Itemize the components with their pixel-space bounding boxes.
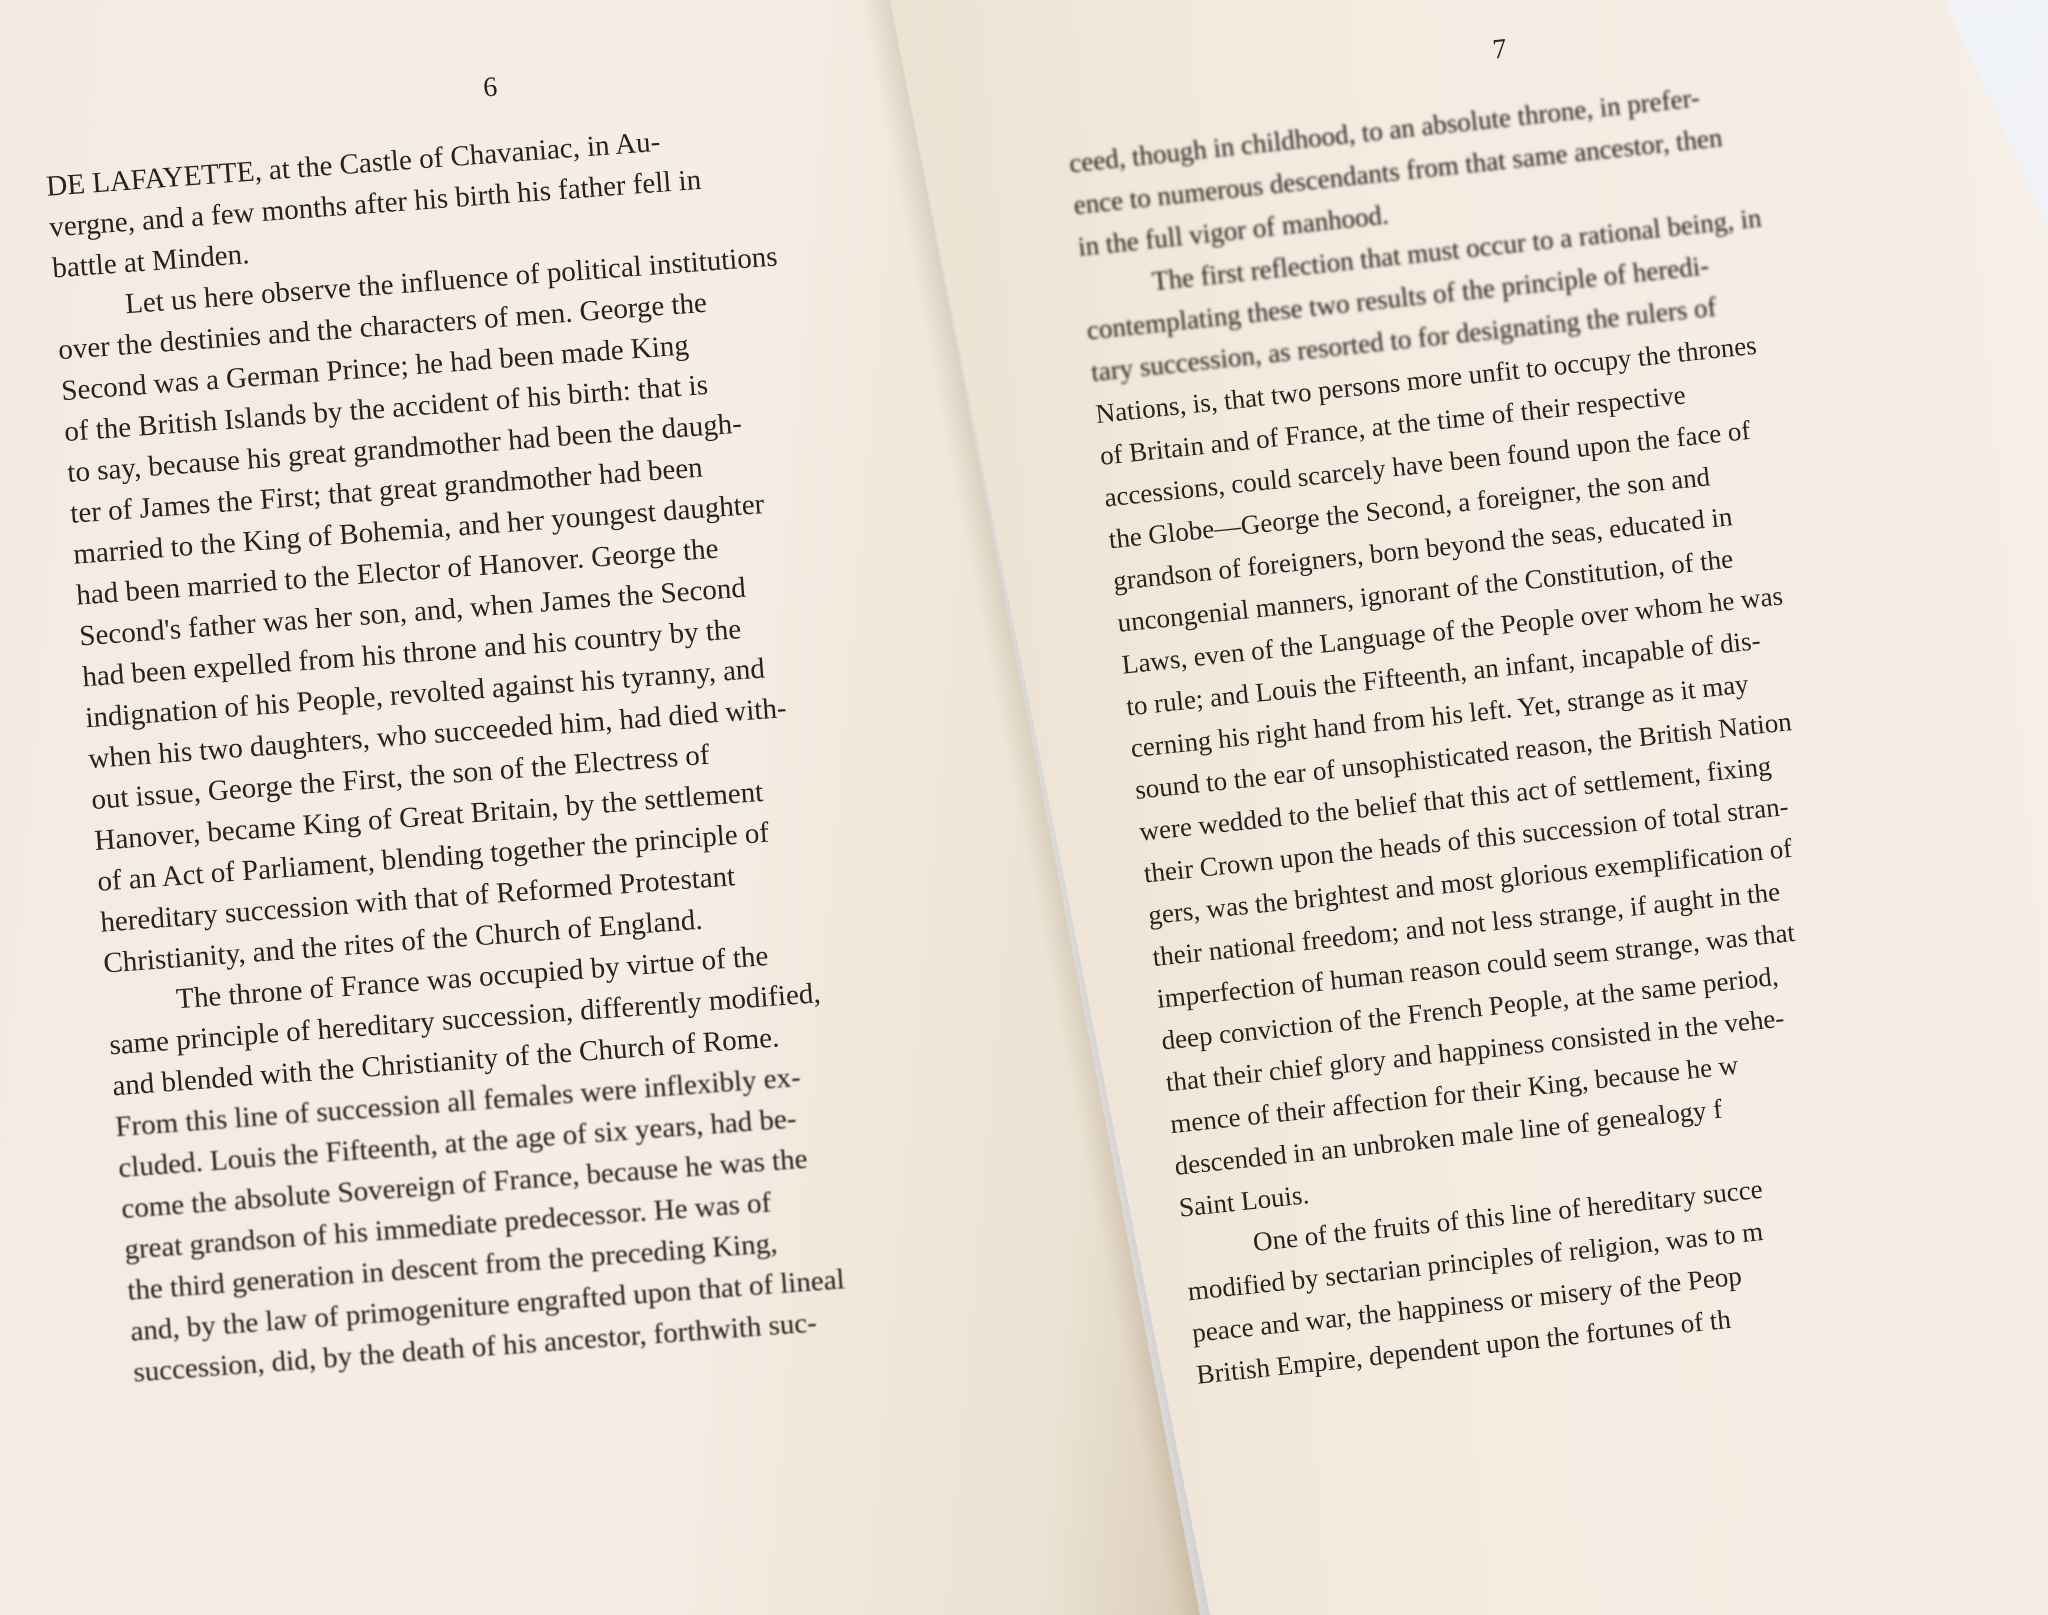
right-page-text: 7 ceed, though in childhood, to an absol… bbox=[1060, 0, 2048, 1396]
open-book: 6 DE LAFAYETTE, at the Castle of Chavani… bbox=[0, 0, 2048, 1615]
left-page-text: 6 DE LAFAYETTE, at the Castle of Chavani… bbox=[40, 34, 1033, 1393]
